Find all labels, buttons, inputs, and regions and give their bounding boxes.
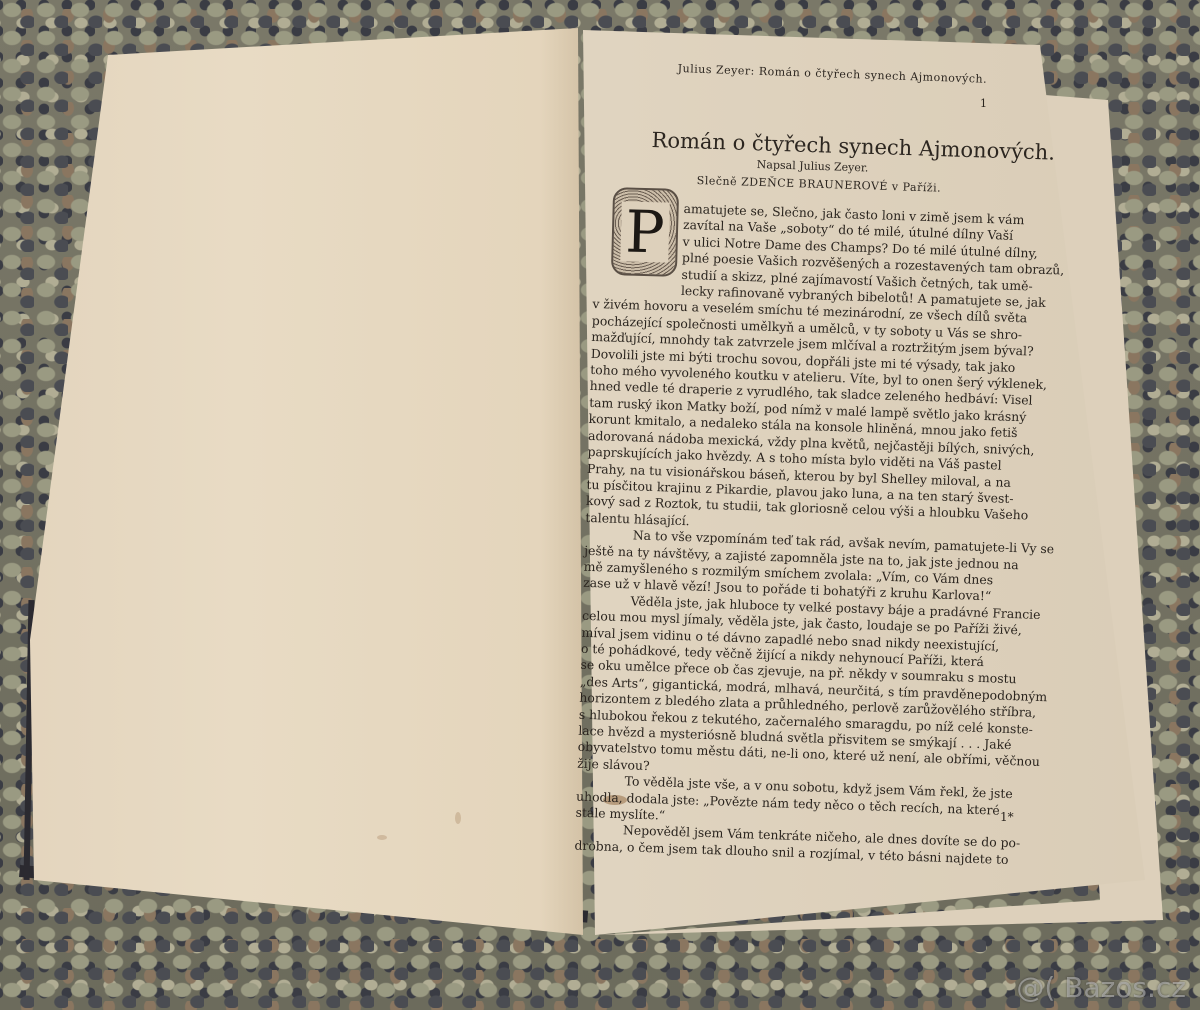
foxing-stain bbox=[377, 835, 387, 840]
page-number: 1 bbox=[980, 97, 987, 110]
bazos-watermark: @( Bazos.cz bbox=[1016, 971, 1186, 1004]
body-text: amatujete se, Slečno, jak často loni v z… bbox=[574, 198, 1046, 869]
signature-mark: 1* bbox=[1000, 810, 1014, 824]
foxing-stain bbox=[455, 812, 461, 824]
